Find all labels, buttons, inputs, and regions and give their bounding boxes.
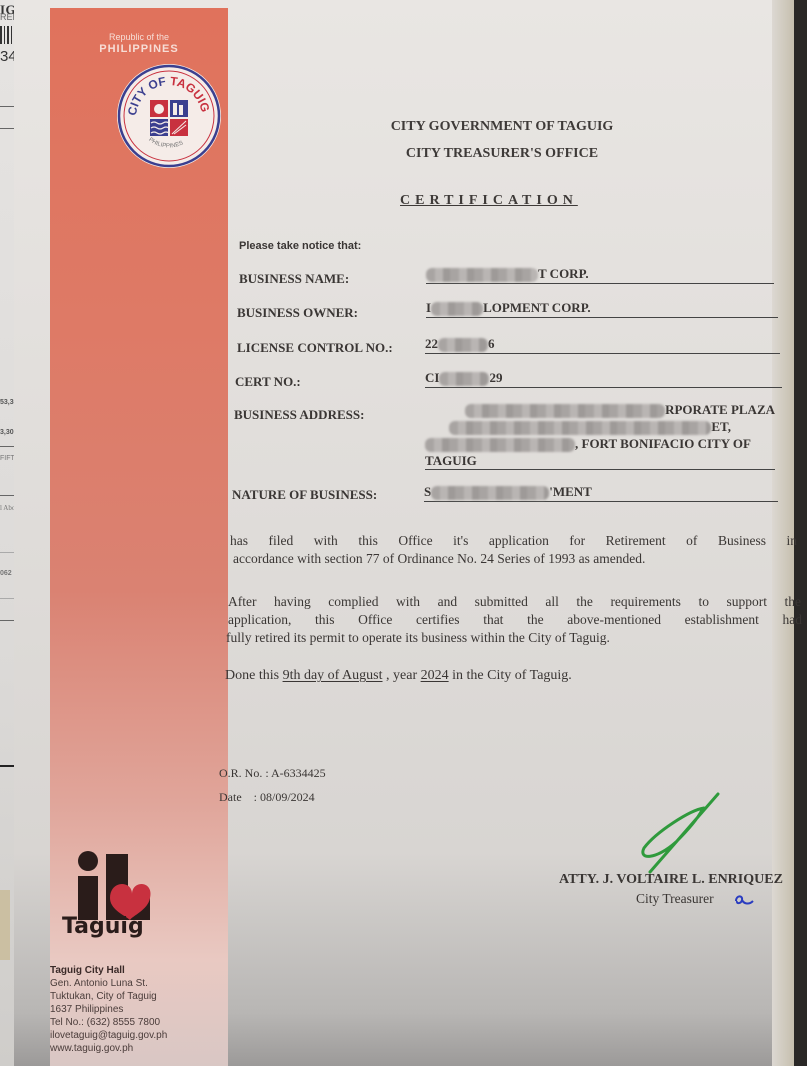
date-line: Date : 08/09/2024: [219, 790, 315, 805]
initial-mark-icon: [733, 893, 755, 907]
redaction: [449, 421, 711, 435]
business-address-label: BUSINESS ADDRESS:: [234, 407, 364, 423]
signatory-title: City Treasurer: [636, 891, 714, 907]
redaction: [426, 268, 538, 282]
nature-of-business-label: NATURE OF BUSINESS:: [232, 487, 377, 503]
filing-statement-line: accordance with section 77 of Ordinance …: [233, 550, 781, 568]
or-number: O.R. No. : A-6334425: [219, 766, 326, 781]
business-name-label: BUSINESS NAME:: [239, 271, 349, 287]
certification-statement-line: fully retired its permit to operate its …: [226, 629, 746, 647]
signature-icon: [636, 788, 726, 878]
certificate-content: CITY GOVERNMENT OF TAGUIG CITY TREASURER…: [0, 0, 807, 1066]
signatory-name: ATTY. J. VOLTAIRE L. ENRIQUEZ: [559, 872, 783, 888]
filing-statement-line: has filed with this Office it's applicat…: [230, 532, 797, 550]
certification-statement-line: After having complied with and submitted…: [228, 593, 801, 611]
redaction: [425, 438, 575, 452]
treasurer-office-heading: CITY TREASURER'S OFFICE: [352, 146, 652, 162]
cert-no-value: CI29: [425, 370, 782, 388]
redaction: [438, 338, 488, 352]
cert-no-label: CERT NO.:: [235, 374, 301, 390]
notice-text: Please take notice that:: [239, 240, 361, 252]
business-name-value: T CORP.: [426, 266, 774, 284]
nature-of-business-value: S'MENT: [424, 484, 778, 502]
business-address-value: RPORATE PLAZA ET, , FORT BONIFACIO CITY …: [425, 401, 775, 470]
business-owner-label: BUSINESS OWNER:: [237, 305, 358, 321]
city-government-heading: CITY GOVERNMENT OF TAGUIG: [352, 119, 652, 135]
business-owner-value: ILOPMENT CORP.: [426, 300, 778, 318]
done-year: 2024: [421, 668, 449, 683]
redaction: [431, 302, 483, 316]
license-control-value: 226: [425, 336, 780, 354]
redaction: [465, 404, 665, 418]
done-date-statement: Done this 9th day of August , year 2024 …: [225, 668, 572, 684]
certification-statement-line: application, this Office certifies that …: [228, 611, 802, 629]
redaction: [439, 372, 489, 386]
certification-title: CERTIFICATION: [400, 193, 578, 209]
license-control-label: LICENSE CONTROL NO.:: [237, 340, 393, 356]
redaction: [431, 486, 549, 500]
done-day: 9th day of August: [283, 668, 383, 683]
